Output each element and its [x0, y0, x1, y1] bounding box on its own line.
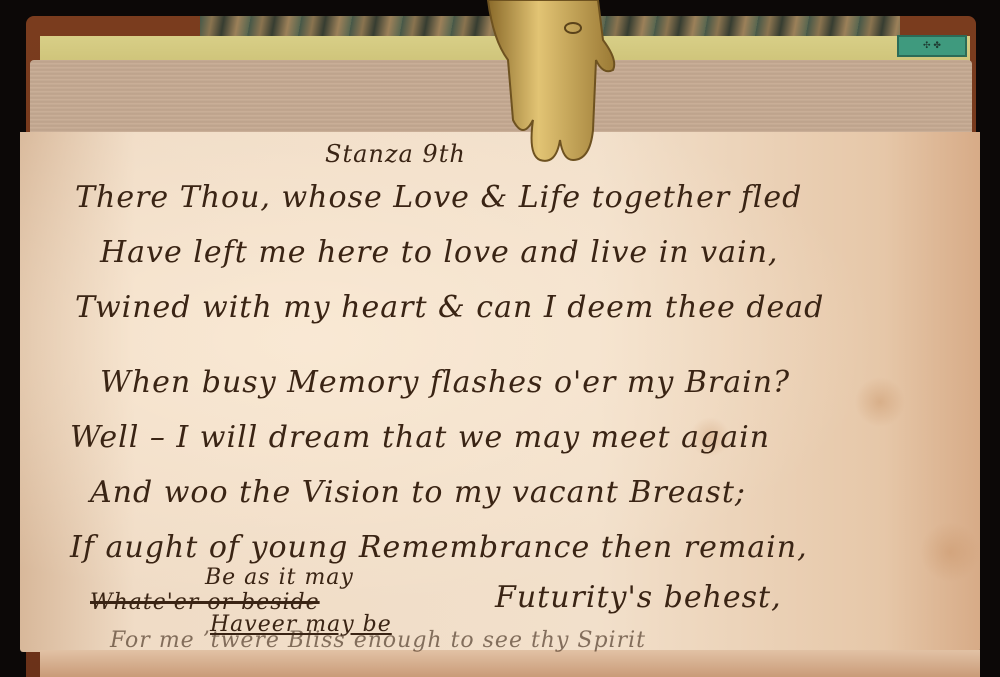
- stanza-heading: Stanza 9th: [325, 140, 466, 168]
- poem-line-7: If aught of young Remembrance then remai…: [70, 530, 808, 565]
- page-bottom-edge: [40, 650, 980, 677]
- revision-continuation: Futurity's behest,: [495, 580, 782, 615]
- brass-hand-bookmark-icon: [478, 0, 628, 165]
- poem-line-6: And woo the Vision to my vacant Breast;: [90, 475, 746, 510]
- poem-line-2: Have left me here to love and live in va…: [100, 235, 778, 270]
- poem-line-4: When busy Memory flashes o'er my Brain?: [100, 365, 790, 400]
- spine-label: ✣ ✤: [897, 35, 967, 57]
- poem-line-3: Twined with my heart & can I deem thee d…: [75, 290, 824, 325]
- poem-partial-last-line: For me ’twere Bliss enough to see thy Sp…: [110, 628, 646, 653]
- poem-line-1: There Thou, whose Love & Life together f…: [75, 180, 802, 215]
- revision-inserted-above: Be as it may: [205, 565, 354, 590]
- poem-line-5: Well – I will dream that we may meet aga…: [70, 420, 770, 455]
